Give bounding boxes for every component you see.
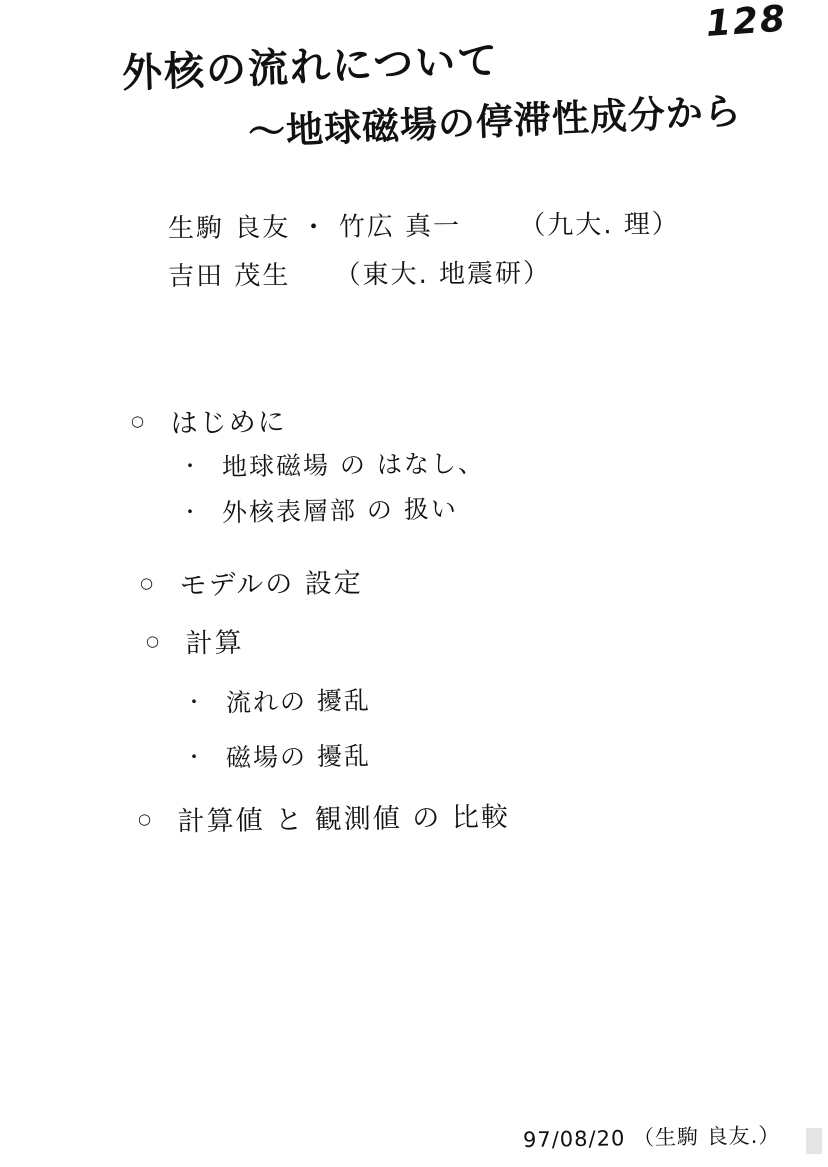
bullet-dot-marker: ・ bbox=[184, 741, 206, 770]
scan-edge-artifact bbox=[806, 1128, 822, 1154]
outline-text: モデルの 設定 bbox=[179, 568, 363, 602]
author-affiliation: （東大. 地震研） bbox=[334, 253, 551, 292]
outline-item: ○ モデルの 設定 bbox=[140, 561, 363, 603]
scanned-handwritten-page: 128 外核の流れについて ～地球磁場の停滞性成分から 生駒 良友 ・ 竹広 真… bbox=[0, 0, 828, 1167]
outline-text: はじめに bbox=[170, 407, 286, 440]
bullet-circle-marker: ○ bbox=[146, 632, 161, 650]
outline-item: ○ 計算 bbox=[146, 621, 244, 661]
author-affiliation: （九大. 理） bbox=[519, 204, 680, 242]
outline-item: ○ はじめに bbox=[131, 400, 287, 441]
bullet-dot-marker: ・ bbox=[180, 450, 202, 479]
author-line: 生駒 良友 ・ 竹広 真一 （九大. 理） bbox=[168, 204, 680, 245]
outline-text: 流れの 擾乱 bbox=[226, 686, 371, 718]
author-names: 生駒 良友 ・ 竹広 真一 bbox=[168, 211, 461, 244]
outline-item: ○ 計算値 と 観測値 の 比較 bbox=[138, 795, 510, 839]
bullet-circle-marker: ○ bbox=[131, 412, 146, 430]
outline-text: 磁場の 擾乱 bbox=[226, 741, 371, 772]
outline-text: 外核表層部 の 扱い bbox=[222, 494, 458, 527]
bullet-dot-marker: ・ bbox=[180, 496, 203, 525]
outline-text: 計算 bbox=[185, 628, 243, 660]
page-number: 128 bbox=[705, 0, 789, 45]
bullet-circle-marker: ○ bbox=[140, 574, 155, 592]
outline-text: 計算値 と 観測値 の 比較 bbox=[177, 802, 510, 838]
document-title: 外核の流れについて bbox=[121, 29, 500, 99]
outline-item: ・ 磁場の 擾乱 bbox=[184, 736, 371, 775]
footer-date: 97/08/20 （生駒 良友.） bbox=[523, 1120, 781, 1154]
author-line: 吉田 茂生 （東大. 地震研） bbox=[168, 253, 551, 293]
bullet-dot-marker: ・ bbox=[184, 686, 207, 715]
outline-text: 地球磁場 の はなし、 bbox=[222, 449, 485, 482]
outline-item: ・ 外核表層部 の 扱い bbox=[180, 489, 458, 530]
outline-item: ・ 地球磁場 の はなし、 bbox=[180, 444, 485, 484]
outline-item: ・ 流れの 擾乱 bbox=[184, 681, 372, 720]
bullet-circle-marker: ○ bbox=[138, 810, 153, 828]
author-names: 吉田 茂生 bbox=[168, 261, 291, 292]
